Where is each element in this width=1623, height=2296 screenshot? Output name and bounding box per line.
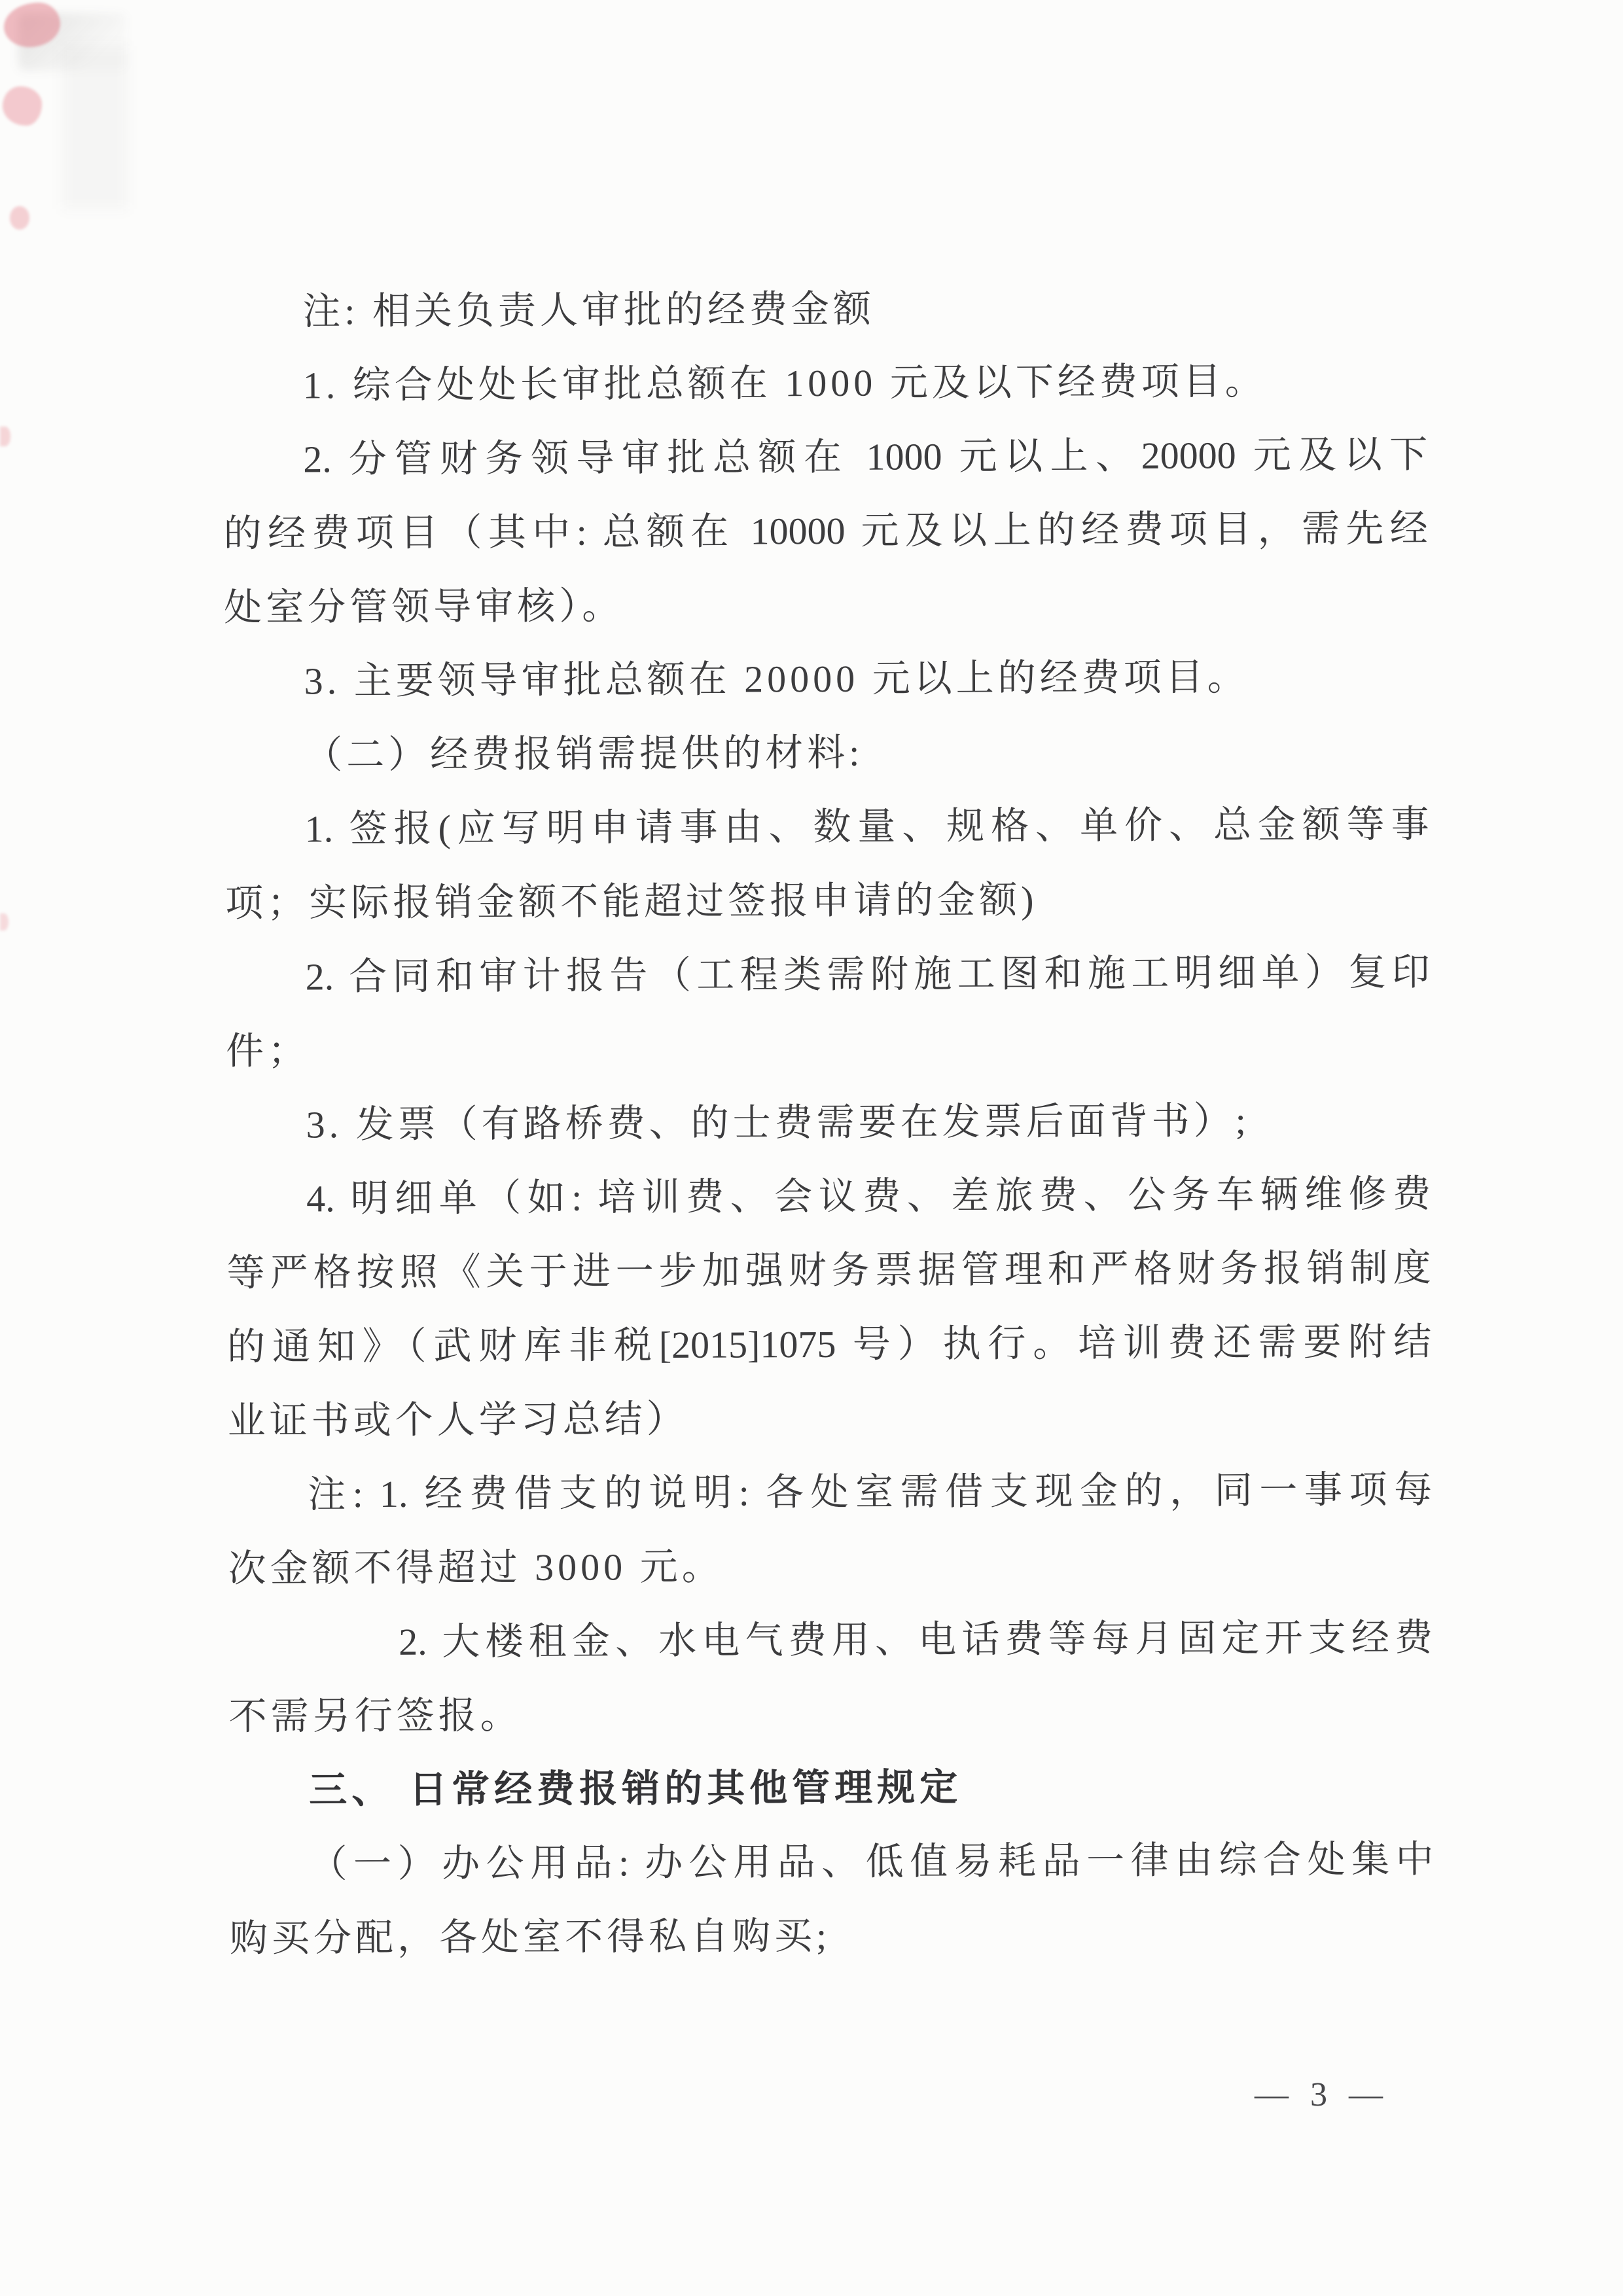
text-line: 业证书或个人学习总结）	[227, 1379, 1431, 1458]
text-line: 注: 1. 经费借支的说明: 各处室需借支现金的，同一事项每	[228, 1453, 1432, 1532]
text-line: 项；实际报销金额不能超过签报申请的金额)	[225, 861, 1429, 940]
text-line: 1. 综合处处长审批总额在 1000 元及以下经费项目。	[223, 344, 1427, 423]
scanned-document-page: 注: 相关负责人审批的经费金额1. 综合处处长审批总额在 1000 元及以下经费…	[0, 0, 1623, 2296]
pink-scan-mark	[0, 427, 10, 446]
text-line: 的经费项目（其中: 总额在 10000 元及以上的经费项目，需先经	[223, 491, 1427, 571]
text-line: （二）经费报销需提供的材料:	[224, 713, 1429, 792]
text-line: 件；	[226, 1009, 1430, 1088]
pink-scan-mark	[10, 206, 29, 230]
text-line: 3. 发票（有路桥费、的士费需要在发票后面背书）;	[226, 1083, 1430, 1162]
text-line: 2. 合同和审计报告（工程类需附施工图和施工明细单）复印	[225, 935, 1429, 1014]
text-line: 处室分管领导审核）。	[224, 565, 1428, 645]
text-line: 3. 主要领导审批总额在 20000 元以上的经费项目。	[224, 639, 1428, 718]
text-line: 等严格按照《关于进一步加强财务票据管理和严格财务报销制度	[226, 1231, 1431, 1310]
text-line: 不需另行签报。	[228, 1674, 1433, 1754]
pink-scan-mark	[3, 86, 42, 126]
text-line: 2. 分管财务领导审批总额在 1000 元以上、20000 元及以下	[223, 417, 1427, 497]
text-line: 4. 明细单（如: 培训费、会议费、差旅费、公务车辆维修费	[226, 1157, 1431, 1236]
text-line: 的通知》（武财库非税[2015]1075 号）执行。培训费还需要附结	[227, 1305, 1431, 1384]
text-line: 注: 相关负责人审批的经费金额	[223, 270, 1427, 349]
text-line: （一）办公用品: 办公用品、低值易耗品一律由综合处集中	[229, 1822, 1433, 1901]
pink-scan-mark	[0, 913, 9, 930]
text-line: 1. 签报(应写明申请事由、数量、规格、单价、总金额等事	[224, 787, 1429, 866]
document-text-block: 注: 相关负责人审批的经费金额1. 综合处处长审批总额在 1000 元及以下经费…	[223, 270, 1434, 1975]
text-line: 购买分配，各处室不得私自购买;	[230, 1896, 1434, 1975]
scan-edge-shading-artifact	[62, 46, 128, 209]
page-number: — 3 —	[1243, 2075, 1400, 2114]
text-line: 2. 大楼租金、水电气费用、电话费等每月固定开支经费	[228, 1600, 1433, 1680]
text-line: 三、 日常经费报销的其他管理规定	[229, 1748, 1433, 1828]
text-line: 次金额不得超过 3000 元。	[228, 1527, 1432, 1606]
